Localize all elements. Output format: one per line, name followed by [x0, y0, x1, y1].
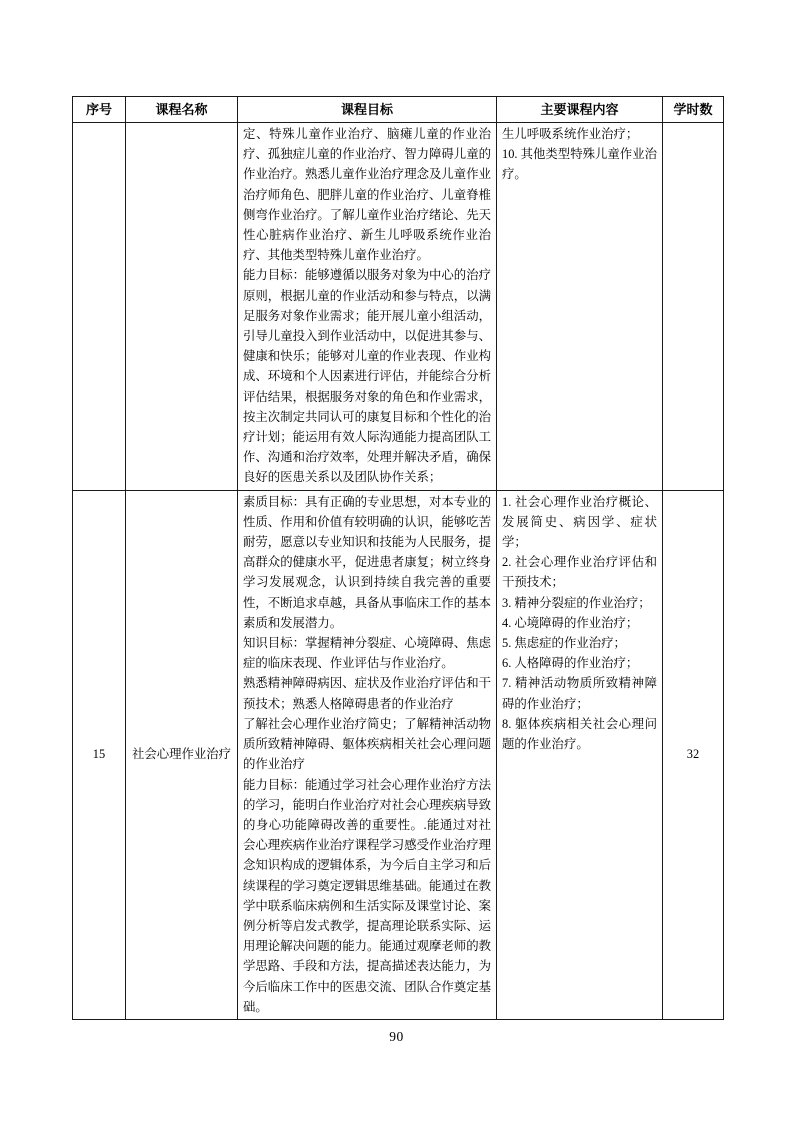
table-header-row: 序号 课程名称 课程目标 主要课程内容 学时数 [73, 97, 724, 123]
cell-course-content: 生儿呼吸系统作业治疗； 10. 其他类型特殊儿童作业治疗。 [497, 123, 663, 491]
cell-course-objectives: 素质目标：具有正确的专业思想，对本专业的性质、作用和价值有较明确的认识，能够吃苦… [238, 490, 497, 1019]
cell-no [73, 123, 126, 491]
cell-hours: 32 [663, 490, 724, 1019]
cell-no: 15 [73, 490, 126, 1019]
cell-course-name [126, 123, 238, 491]
header-course-objectives: 课程目标 [238, 97, 497, 123]
header-no: 序号 [73, 97, 126, 123]
table-row-continuation: 定、特殊儿童作业治疗、脑瘫儿童的作业治疗、孤独症儿童的作业治疗、智力障碍儿童的作… [73, 123, 724, 491]
cell-course-content: 1. 社会心理作业治疗概论、发展简史、病因学、症状学； 2. 社会心理作业治疗评… [497, 490, 663, 1019]
course-curriculum-table: 序号 课程名称 课程目标 主要课程内容 学时数 定、特殊儿童作业治疗、脑瘫儿童的… [72, 96, 724, 1020]
header-course-name: 课程名称 [126, 97, 238, 123]
document-page: 序号 课程名称 课程目标 主要课程内容 学时数 定、特殊儿童作业治疗、脑瘫儿童的… [0, 0, 793, 1122]
table-row-15: 15 社会心理作业治疗 素质目标：具有正确的专业思想，对本专业的性质、作用和价值… [73, 490, 724, 1019]
page-number: 90 [0, 1029, 793, 1045]
header-course-content: 主要课程内容 [497, 97, 663, 123]
header-hours: 学时数 [663, 97, 724, 123]
cell-course-name: 社会心理作业治疗 [126, 490, 238, 1019]
cell-hours [663, 123, 724, 491]
cell-course-objectives: 定、特殊儿童作业治疗、脑瘫儿童的作业治疗、孤独症儿童的作业治疗、智力障碍儿童的作… [238, 123, 497, 491]
